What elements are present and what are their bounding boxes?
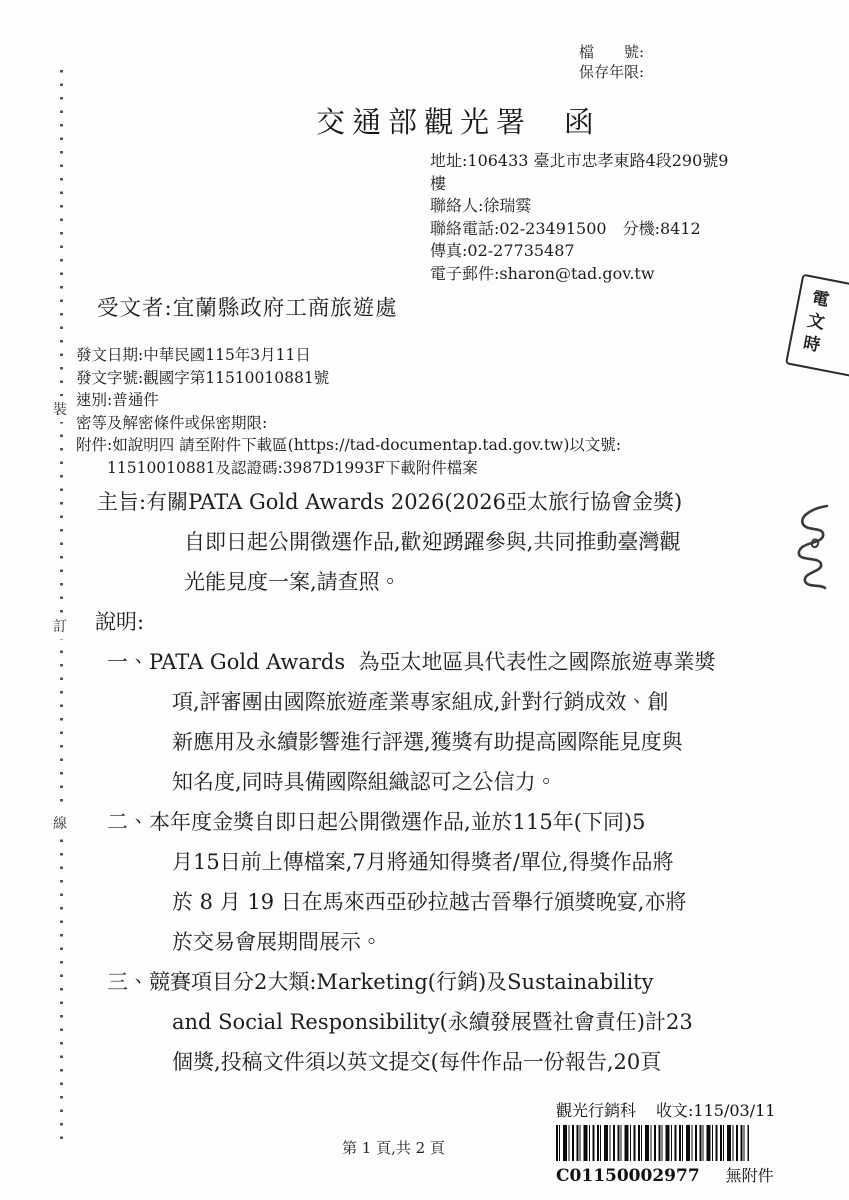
meta-block: 發文日期:中華民國115年3月11日發文字號:觀國字第11510010881號速… <box>76 344 621 480</box>
text-line: 聯絡電話:02-23491500 分機:8412 <box>430 218 728 241</box>
text-line: 個獎,投稿文件須以英文提交(每件作品一份報告,20頁 <box>172 1042 849 1082</box>
barcode-caption: C01150002977無附件 <box>556 1163 775 1186</box>
document-body: 主旨:有關PATA Gold Awards 2026(2026亞太旅行協會金獎)… <box>0 482 849 1082</box>
text-line: 傳真:02-27735487 <box>430 240 728 263</box>
attachment-note: 無附件 <box>726 1166 774 1185</box>
text-line: 於 8 月 19 日在馬來西亞砂拉越古晉舉行頒獎晚宴,亦將 <box>172 882 849 922</box>
received-stamp-header: 觀光行銷科收文:115/03/11 <box>556 1098 775 1121</box>
list-item-3-continuation: and Social Responsibility(永續發展暨社會責任)計23個… <box>0 1002 849 1082</box>
attachment-continuation-line: 11510010881及認證碼:3987D1993F下載附件檔案 <box>107 457 621 480</box>
received-dept: 觀光行銷科 <box>556 1101 636 1120</box>
binding-mark-middle: 訂 <box>51 613 69 639</box>
subject-continuation: 自即日起公開徵選作品,歡迎踴躍參與,共同推動臺灣觀光能見度一案,請查照。 <box>0 522 849 602</box>
list-item-2-continuation: 月15日前上傳檔案,7月將通知得獎者/單位,得獎作品將於 8 月 19 日在馬來… <box>0 842 849 962</box>
electronic-exchange-stamp: 電文時 交 <box>785 274 849 381</box>
item-1-marker: 一、 <box>107 650 149 674</box>
item-2-marker: 二、 <box>107 810 149 834</box>
text-line: 發文字號:觀國字第11510010881號 <box>76 367 621 390</box>
text-line: 附件:如說明四 請至附件下載區(https://tad-documentap.t… <box>76 434 621 457</box>
document-page: 裝 訂 線 檔 號: 保存年限: 交通部觀光署 函 地址:106433 臺北市忠… <box>0 0 849 1200</box>
subject-text: 有關PATA Gold Awards 2026(2026亞太旅行協會金獎) <box>146 490 682 514</box>
meta-lines: 發文日期:中華民國115年3月11日發文字號:觀國字第11510010881號速… <box>76 344 621 457</box>
item-2-text: 本年度金獎自即日起公開徵選作品,並於115年(下同)5 <box>149 810 646 834</box>
text-line: 月15日前上傳檔案,7月將通知得獎者/單位,得獎作品將 <box>172 842 849 882</box>
text-line: 項,評審團由國際旅遊產業專家組成,針對行銷成效、創 <box>172 682 849 722</box>
list-item-1-continuation: 項,評審團由國際旅遊產業專家組成,針對行銷成效、創新應用及永續影響進行評選,獲獎… <box>0 682 849 802</box>
subject-first-line: 主旨:有關PATA Gold Awards 2026(2026亞太旅行協會金獎) <box>97 482 849 522</box>
page-indicator: 第 1 頁,共 2 頁 <box>342 1137 445 1158</box>
text-line: 密等及解密條件或保密期限: <box>76 412 621 435</box>
sender-info-block: 地址:106433 臺北市忠孝東路4段290號9樓聯絡人:徐瑞霙聯絡電話:02-… <box>430 150 728 285</box>
document-title: 交通部觀光署 函 <box>316 100 600 141</box>
signature-scribble <box>789 502 835 592</box>
subject-label: 主旨: <box>97 490 146 514</box>
stamp-right-column: 交 <box>844 321 849 342</box>
list-item-1-first-line: 一、PATA Gold Awards 為亞太地區具代表性之國際旅遊專業獎 <box>107 642 849 682</box>
barcode-number: C01150002977 <box>556 1166 700 1186</box>
binding-mark-top: 裝 <box>51 396 69 422</box>
text-line: 聯絡人:徐瑞霙 <box>430 195 728 218</box>
text-line: 新應用及永續影響進行評選,獲獎有助提高國際能見度與 <box>172 722 849 762</box>
item-3-marker: 三、 <box>107 970 149 994</box>
barcode <box>556 1125 749 1161</box>
text-line: 知名度,同時具備國際組織認可之公信力。 <box>172 762 849 802</box>
archive-box: 檔 號: 保存年限: <box>579 42 644 82</box>
item-1-text: PATA Gold Awards 為亞太地區具代表性之國際旅遊專業獎 <box>149 650 716 674</box>
text-line: 電子郵件:sharon@tad.gov.tw <box>430 263 728 286</box>
explanation-heading: 說明: <box>95 602 849 642</box>
text-line: and Social Responsibility(永續發展暨社會責任)計23 <box>172 1002 849 1042</box>
text-line: 於交易會展期間展示。 <box>172 922 849 962</box>
text-line: 發文日期:中華民國115年3月11日 <box>76 344 621 367</box>
list-item-2-first-line: 二、本年度金獎自即日起公開徵選作品,並於115年(下同)5 <box>107 802 849 842</box>
received-stamp: 觀光行銷科收文:115/03/11 C01150002977無附件 <box>556 1098 775 1186</box>
recipient-line: 受文者:宜蘭縣政府工商旅遊處 <box>97 291 398 322</box>
text-line: 自即日起公開徵選作品,歡迎踴躍參與,共同推動臺灣觀 <box>184 522 849 562</box>
file-number-label: 檔 號: <box>579 42 644 62</box>
text-line: 樓 <box>430 173 728 196</box>
item-3-text: 競賽項目分2大類:Marketing(行銷)及Sustainability <box>149 970 653 994</box>
stamp-left-column: 電文時 <box>795 286 833 359</box>
list-item-3-first-line: 三、競賽項目分2大類:Marketing(行銷)及Sustainability <box>107 962 849 1002</box>
text-line: 速別:普通件 <box>76 389 621 412</box>
text-line: 地址:106433 臺北市忠孝東路4段290號9 <box>430 150 728 173</box>
text-line: 光能見度一案,請查照。 <box>184 562 849 602</box>
retention-label: 保存年限: <box>579 62 644 82</box>
binding-mark-bottom: 線 <box>51 810 69 836</box>
received-date: 收文:115/03/11 <box>656 1101 775 1120</box>
